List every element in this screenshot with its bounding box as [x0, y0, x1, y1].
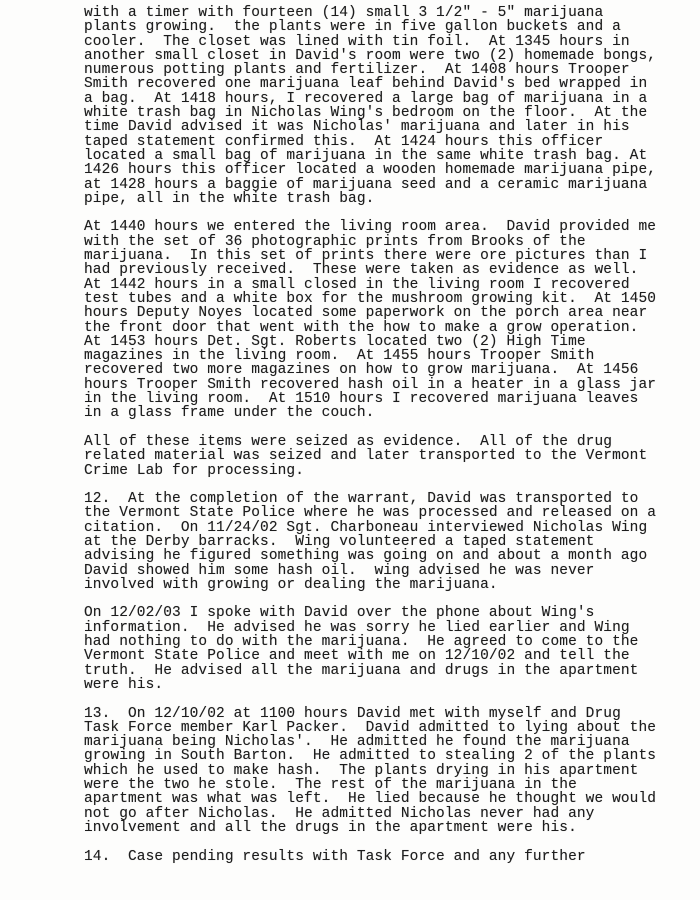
paragraph-evidence-bedroom-closet: with a timer with fourteen (14) small 3 …: [84, 6, 684, 206]
document-text-block: with a timer with fourteen (14) small 3 …: [84, 6, 684, 864]
paragraph-items-seized: All of these items were seized as eviden…: [84, 435, 684, 478]
paragraph-item-13-admission: 13. On 12/10/02 at 1100 hours David met …: [84, 707, 684, 836]
paragraph-item-12-warrant-completion: 12. At the completion of the warrant, Da…: [84, 492, 684, 592]
paragraph-living-room-search: At 1440 hours we entered the living room…: [84, 220, 684, 420]
scanned-document-page: with a timer with fourteen (14) small 3 …: [0, 0, 700, 900]
paragraph-item-14-case-pending: 14. Case pending results with Task Force…: [84, 850, 684, 864]
paragraph-phone-call-david: On 12/02/03 I spoke with David over the …: [84, 606, 684, 692]
